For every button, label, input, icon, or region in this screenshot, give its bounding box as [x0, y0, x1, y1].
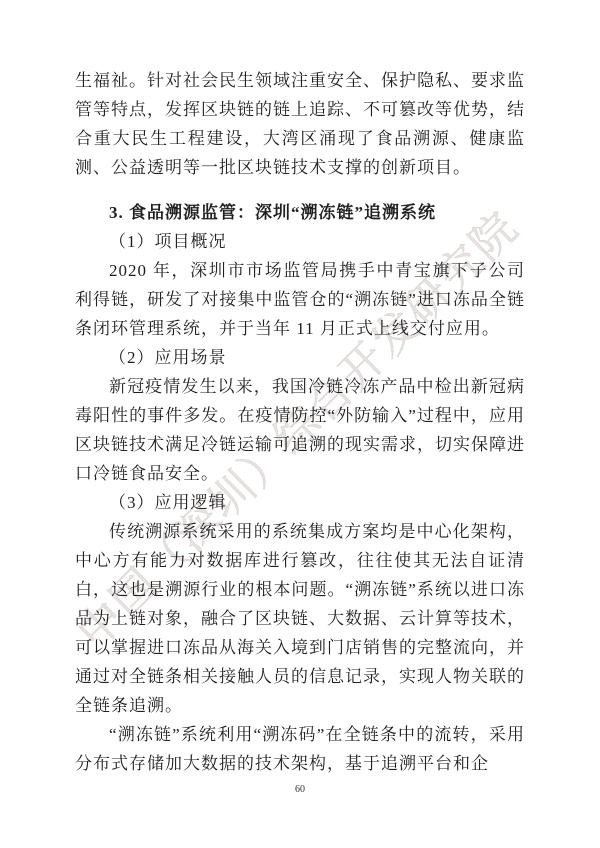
paragraph-application-scenario: 新冠疫情发生以来，我国冷链冷冻产品中检出新冠病毒阳性的事件多发。在疫情防控“外防… — [75, 372, 525, 488]
paragraph-intro-continuation: 生福祉。针对社会民生领域注重安全、保护隐私、要求监管等特点，发挥区块链的链上追踪… — [75, 66, 525, 182]
subsection-heading-project-overview: （1）项目概况 — [75, 227, 525, 256]
paragraph-application-logic-2: “溯冻链”系统利用“溯冻码”在全链条中的流转，采用分布式存储加大数据的技术架构，… — [75, 720, 525, 778]
subsection-heading-application-logic: （3）应用逻辑 — [75, 488, 525, 517]
page-number: 60 — [0, 784, 600, 795]
document-page: 中国（深圳）综合开发研究院 生福祉。针对社会民生领域注重安全、保护隐私、要求监管… — [0, 0, 600, 848]
section-heading-food-traceability: 3. 食品溯源监管：深圳“溯冻链”追溯系统 — [75, 198, 525, 227]
paragraph-application-logic-1: 传统溯源系统采用的系统集成方案均是中心化架构，中心方有能力对数据库进行篡改，往往… — [75, 517, 525, 720]
paragraph-project-overview: 2020 年，深圳市市场监管局携手中青宝旗下子公司利得链，研发了对接集中监管仓的… — [75, 256, 525, 343]
page-content: 生福祉。针对社会民生领域注重安全、保护隐私、要求监管等特点，发挥区块链的链上追踪… — [75, 66, 525, 778]
subsection-heading-application-scenario: （2）应用场景 — [75, 343, 525, 372]
